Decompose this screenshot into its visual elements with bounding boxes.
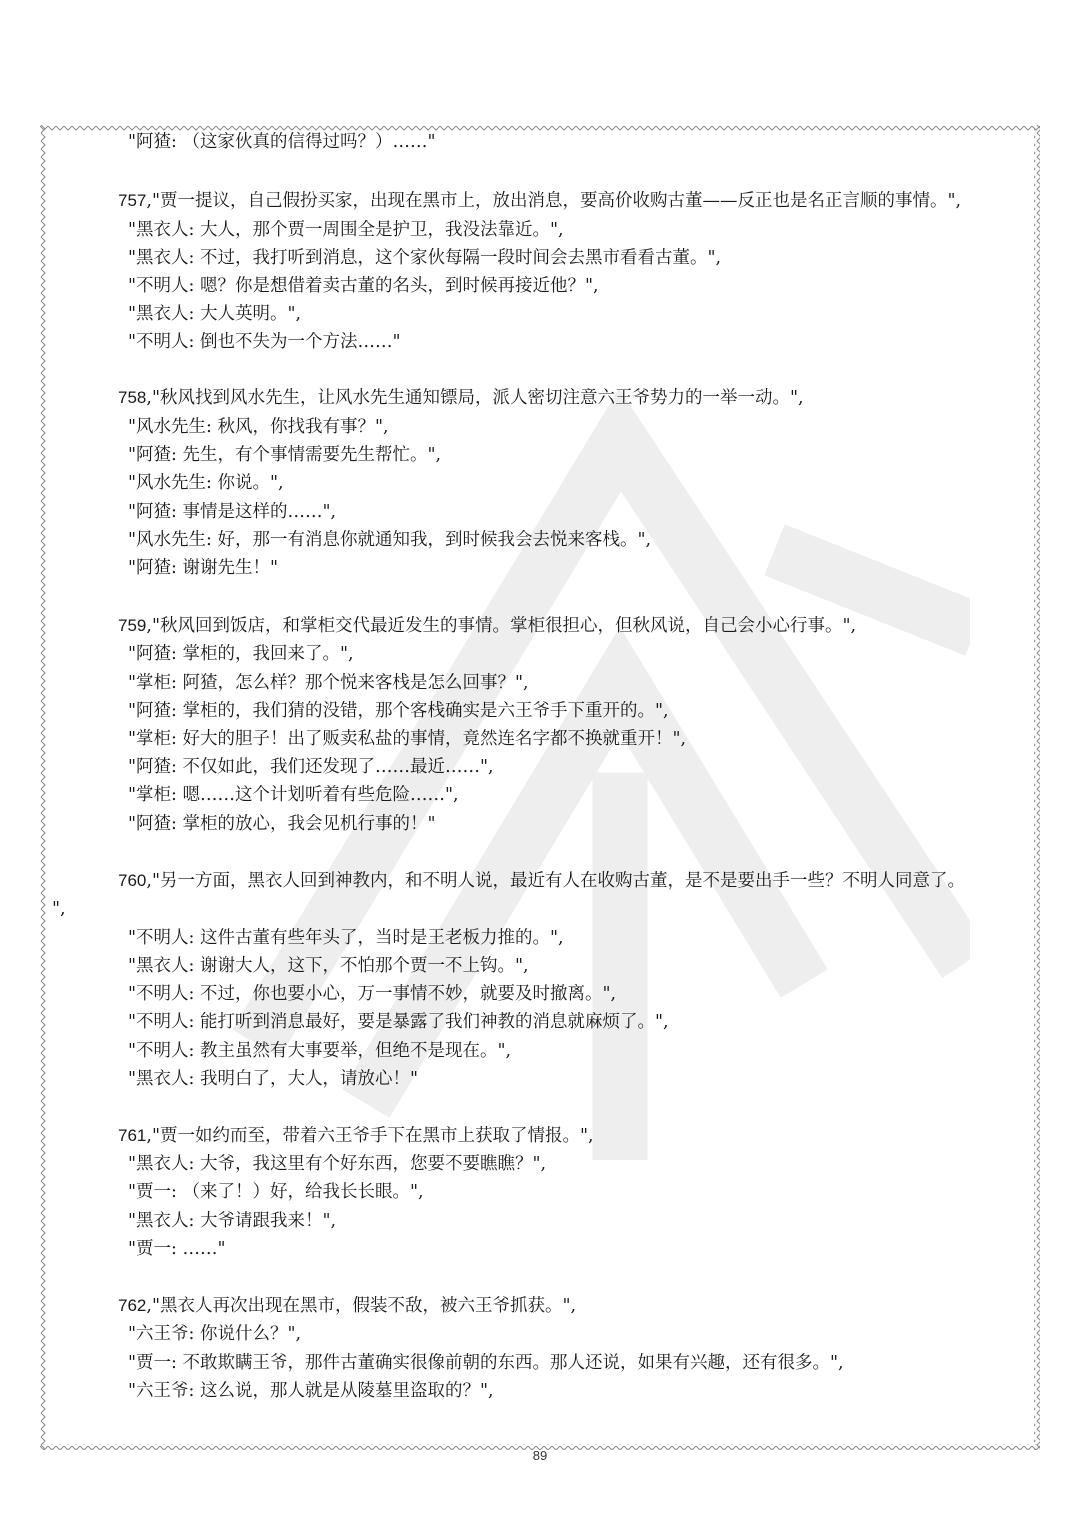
section-summary: ,"秋风回到饭店，和掌柜交代最近发生的事情。掌柜很担心，但秋风说，自己会小心行事…: [146, 616, 856, 636]
section-heading: 757,"贾一提议，自己假扮买家，出现在黑市上，放出消息，要高价收购古董——反正…: [118, 190, 961, 212]
page-number: 89: [528, 1448, 552, 1463]
dialogue-line: "阿猹: 不仅如此，我们还发现了……最近……",: [128, 756, 494, 778]
dialogue-line: "六王爷: 这么说，那人就是从陵墓里盗取的？",: [128, 1380, 494, 1402]
section-summary: ,"贾一如约而至，带着六王爷手下在黑市上获取了情报。",: [146, 1126, 593, 1146]
dialogue-line: "不明人: 教主虽然有大事要举，但绝不是现在。",: [128, 1040, 511, 1062]
dialogue-line: "黑衣人: 大人英明。",: [128, 303, 301, 325]
section-heading: 759,"秋风回到饭店，和掌柜交代最近发生的事情。掌柜很担心，但秋风说，自己会小…: [118, 615, 856, 637]
section-number: 759: [118, 616, 146, 635]
section-number: 757: [118, 191, 146, 210]
section-heading: 761,"贾一如约而至，带着六王爷手下在黑市上获取了情报。",: [118, 1125, 594, 1147]
section-heading: 762,"黑衣人再次出现在黑市，假装不敌，被六王爷抓获。",: [118, 1295, 576, 1317]
dialogue-line: "阿猹: 掌柜的放心，我会见机行事的！": [128, 813, 436, 835]
dialogue-line: "阿猹: （这家伙真的信得过吗？）……": [128, 131, 436, 153]
dialogue-line: "掌柜: 嗯……这个计划听着有些危险……",: [128, 784, 459, 806]
dialogue-line: "不明人: 这件古董有些年头了，当时是王老板力推的。",: [128, 927, 564, 949]
section-summary: ,"黑衣人再次出现在黑市，假装不敌，被六王爷抓获。",: [146, 1296, 576, 1316]
dialogue-line: "不明人: 能打听到消息最好，要是暴露了我们神教的消息就麻烦了。",: [128, 1011, 669, 1033]
dialogue-line: "贾一: ……": [128, 1238, 226, 1260]
dialogue-line: "阿猹: 事情是这样的……",: [128, 501, 336, 523]
dialogue-line: "六王爷: 你说什么？",: [128, 1323, 301, 1345]
dialogue-line: "风水先生: 你说。",: [128, 472, 284, 494]
section-heading: 760,"另一方面，黑衣人回到神教内，和不明人说，最近有人在收购古董，是不是要出…: [118, 870, 965, 892]
dialogue-line: "阿猹: 掌柜的，我们猜的没错，那个客栈确实是六王爷手下重开的。",: [128, 700, 669, 722]
section-summary-wrap: ",: [52, 898, 66, 920]
dialogue-line: "掌柜: 阿猹，怎么样？那个悦来客栈是怎么回事？",: [128, 672, 529, 694]
dialogue-line: "黑衣人: 我明白了，大人，请放心！": [128, 1068, 418, 1090]
section-number: 761: [118, 1126, 146, 1145]
dialogue-line: "黑衣人: 大人，那个贾一周围全是护卫，我没法靠近。",: [128, 219, 564, 241]
dialogue-line: "不明人: 不过，你也要小心，万一事情不妙，就要及时撤离。",: [128, 983, 616, 1005]
section-heading: 758,"秋风找到风水先生，让风水先生通知镖局，派人密切注意六王爷势力的一举一动…: [118, 387, 804, 409]
dialogue-line: "黑衣人: 大爷请跟我来！",: [128, 1210, 336, 1232]
dialogue-line: "阿猹: 先生，有个事情需要先生帮忙。",: [128, 444, 441, 466]
dialogue-line: "黑衣人: 谢谢大人，这下，不怕那个贾一不上钩。",: [128, 955, 529, 977]
dialogue-line: "阿猹: 谢谢先生！": [128, 557, 278, 579]
dialogue-line: "黑衣人: 不过，我打听到消息，这个家伙每隔一段时间会去黑市看看古董。",: [128, 247, 721, 269]
dialogue-line: "不明人: 嗯？你是想借着卖古董的名头，到时候再接近他？",: [128, 275, 599, 297]
section-number: 758: [118, 388, 146, 407]
dialogue-line: "阿猹: 掌柜的，我回来了。",: [128, 643, 354, 665]
dialogue-line: "不明人: 倒也不失为一个方法……": [128, 331, 401, 353]
dialogue-line: "风水先生: 好，那一有消息你就通知我，到时候我会去悦来客栈。",: [128, 529, 651, 551]
section-summary: ,"秋风找到风水先生，让风水先生通知镖局，派人密切注意六王爷势力的一举一动。",: [146, 388, 803, 408]
dialogue-line: "黑衣人: 大爷，我这里有个好东西，您要不要瞧瞧？",: [128, 1153, 546, 1175]
section-summary: ,"贾一提议，自己假扮买家，出现在黑市上，放出消息，要高价收购古董——反正也是名…: [146, 191, 961, 211]
section-number: 760: [118, 871, 146, 890]
dialogue-line: "贾一: 不敢欺瞒王爷，那件古董确实很像前朝的东西。那人还说，如果有兴趣，还有很…: [128, 1352, 844, 1374]
dialogue-line: "掌柜: 好大的胆子！出了贩卖私盐的事情，竟然连名字都不换就重开！",: [128, 728, 686, 750]
dialogue-line: "贾一: （来了！）好，给我长长眼。",: [128, 1181, 424, 1203]
section-number: 762: [118, 1296, 146, 1315]
dialogue-line: "风水先生: 秋风，你找我有事？",: [128, 416, 389, 438]
section-summary: ,"另一方面，黑衣人回到神教内，和不明人说，最近有人在收购古董，是不是要出手一些…: [146, 871, 965, 891]
